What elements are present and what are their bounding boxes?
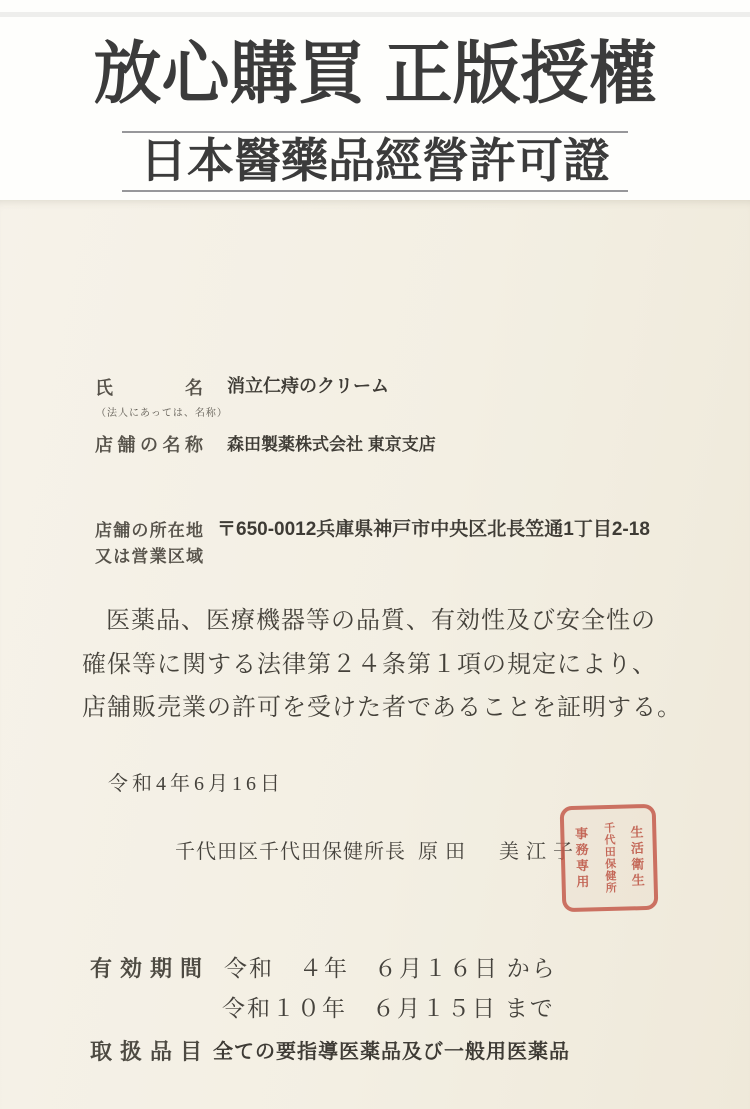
- seal-column-left: 事務専用: [574, 827, 589, 891]
- issuer-line: 千代田区千代田保健所長原田 美江子: [175, 835, 580, 864]
- validity-from: 令和 ４年 ６月１６日 から: [224, 950, 557, 983]
- handled-items-label: 取扱品目: [90, 1035, 202, 1066]
- issue-date: 令和4年6月16日: [108, 767, 284, 796]
- corporate-name-note: （法人にあっては、名称）: [96, 404, 228, 419]
- address-label: 店舗の所在地 又は営業区域: [95, 516, 203, 567]
- shop-name-label: 店舗の名称: [95, 431, 203, 457]
- address-label-line2: 又は営業区域: [95, 542, 203, 567]
- statement-line-2: 確保等に関する法律第２４条第１項の規定により、: [82, 644, 682, 688]
- certification-statement: 医薬品、医療機器等の品質、有効性及び安全性の 確保等に関する法律第２４条第１項の…: [82, 600, 682, 731]
- scan-smudge: [0, 12, 750, 17]
- shop-name-value: 森田製薬株式会社 東京支店: [227, 430, 436, 455]
- license-document: 氏名 消立仁痔のクリーム （法人にあっては、名称） 店舗の名称 森田製薬株式会社…: [0, 200, 750, 1109]
- banner-subtitle: 日本醫藥品經營許可證: [122, 134, 628, 188]
- statement-line-3: 店舗販売業の許可を受けた者であることを証明する。: [82, 687, 682, 731]
- validity-to: 令和１０年 ６月１５日 まで: [222, 990, 555, 1023]
- statement-line-1: 医薬品、医療機器等の品質、有効性及び安全性の: [82, 600, 682, 644]
- name-field-value: 消立仁痔のクリーム: [227, 372, 389, 398]
- handled-items-value: 全ての要指導医薬品及び一般用医薬品: [213, 1035, 570, 1064]
- address-label-line1: 店舗の所在地: [95, 516, 203, 541]
- promo-banner: 放心購買 正版授權 日本醫藥品經營許可證: [0, 0, 750, 200]
- banner-subtitle-box: 日本醫藥品經營許可證: [122, 131, 628, 192]
- issuer-title: 千代田区千代田保健所長: [175, 841, 406, 863]
- seal-column-middle: 千代田保健所: [603, 822, 616, 894]
- banner-title: 放心購買 正版授權: [0, 36, 750, 112]
- seal-column-right: 生活衛生: [629, 825, 644, 889]
- official-seal: 生活衛生 千代田保健所 事務専用: [560, 804, 659, 912]
- name-field-label: 氏名: [95, 374, 203, 400]
- issuer-name: 原田 美江子: [418, 841, 580, 863]
- validity-label: 有効期間: [90, 952, 202, 983]
- address-value: 〒650-0012兵庫県神戸市中央区北長笠通1丁目2-18: [217, 514, 650, 541]
- scanned-license-image: 放心購買 正版授權 日本醫藥品經營許可證 氏名 消立仁痔のクリーム （法人にあっ…: [0, 0, 750, 1109]
